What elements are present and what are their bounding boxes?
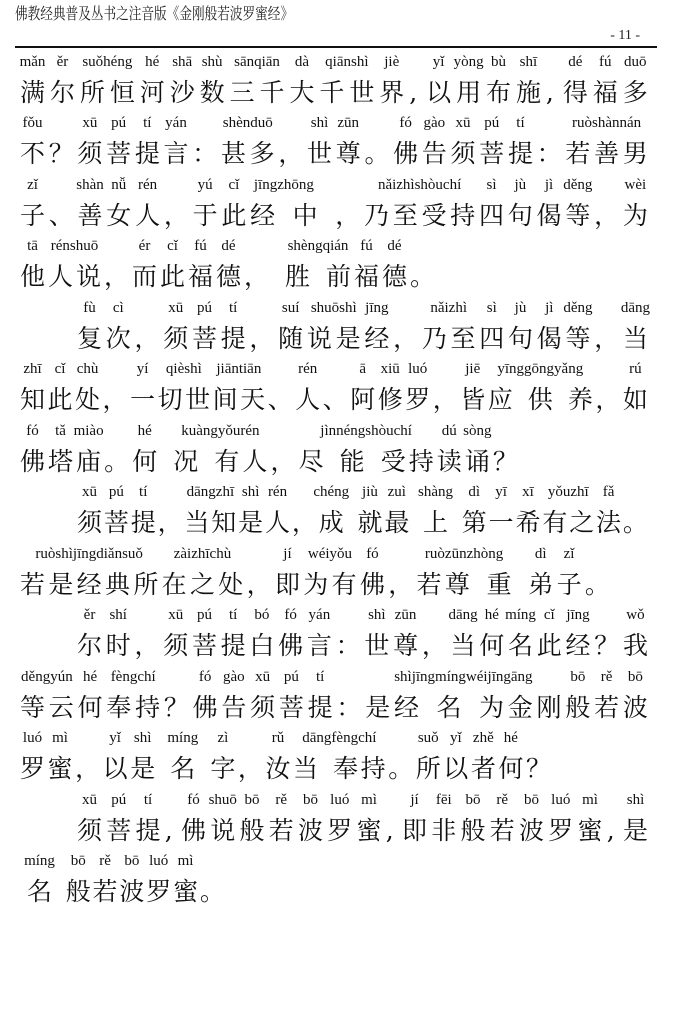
verse-line: ěrshíxūpútíbófóyánshìzūndānghémíngcǐjīng… <box>20 606 648 668</box>
pinyin-annotation: zǐ <box>27 176 38 194</box>
pinyin-annotation: hé <box>83 668 97 686</box>
pinyin-annotation: cǐ <box>228 176 239 194</box>
pinyin-annotation: míng <box>167 729 198 747</box>
hanzi-char: 提 <box>508 138 533 170</box>
pinyin-annotation: qièshì <box>166 360 202 378</box>
hanzi-char: 此 <box>537 630 562 662</box>
hanzi-char: 此 <box>48 384 73 416</box>
hanzi-char: 若 <box>417 569 442 601</box>
hanzi-char: 告 <box>422 138 447 170</box>
hanzi-row: 子、善女人，于此经中，乃至受持四句偈等，为 <box>20 200 648 232</box>
pinyin-annotation: yí <box>137 360 149 378</box>
punctuation: ： <box>336 630 361 662</box>
hanzi-char: 经 <box>565 630 590 662</box>
hanzi-char: 在 <box>162 569 187 601</box>
hanzi-char: 恒 <box>110 77 135 109</box>
pinyin-row: xūpútífóshuōbōrěbōluómìjífēibōrěbōluómìs… <box>77 791 648 809</box>
hanzi-char: 乃 <box>422 323 447 355</box>
pinyin-annotation: rě <box>275 791 287 809</box>
hanzi-char: 须 <box>77 815 102 847</box>
pinyin-annotation: rén <box>298 360 317 378</box>
pinyin-annotation: jí <box>283 545 291 563</box>
hanzi-char: 若 <box>269 815 294 847</box>
pinyin-annotation: yán <box>165 114 187 132</box>
pinyin-annotation: hé <box>504 729 518 747</box>
pinyin-annotation: suǒhéng <box>82 53 132 71</box>
hanzi-char: 佛 <box>193 692 218 724</box>
hanzi-char: 福 <box>593 77 618 109</box>
hanzi-char: 偈 <box>537 323 562 355</box>
hanzi-char: 言 <box>307 630 332 662</box>
spacer <box>160 446 170 478</box>
hanzi-char: 名 <box>170 753 195 785</box>
pinyin-annotation: suí <box>282 299 300 317</box>
hanzi-char: 菩 <box>192 323 217 355</box>
hanzi-char: 奉 <box>333 753 358 785</box>
hanzi-char: 最 <box>384 507 409 539</box>
hanzi-char: 金 <box>508 692 533 724</box>
pinyin-annotation: mì <box>582 791 598 809</box>
hanzi-char: 须 <box>77 138 102 170</box>
pinyin-annotation: wéiyǒu <box>308 545 352 563</box>
pinyin-annotation: pú <box>111 791 126 809</box>
pinyin-annotation: shì <box>134 729 152 747</box>
verse-line: zǐshànnǚrényúcǐjīngzhōngnǎizhìshòuchísìj… <box>20 176 648 238</box>
pinyin-annotation: yī <box>495 483 507 501</box>
spacer <box>321 200 331 232</box>
punctuation: ， <box>247 569 272 601</box>
hanzi-char: 说 <box>307 323 332 355</box>
hanzi-char: 罗 <box>146 876 171 908</box>
hanzi-char: 所 <box>80 77 105 109</box>
pinyin-annotation: shàng <box>418 483 453 501</box>
hanzi-char: 受 <box>381 446 406 478</box>
hanzi-char: 是 <box>623 815 648 847</box>
hanzi-char: 得 <box>563 77 588 109</box>
punctuation: 、 <box>323 384 348 416</box>
hanzi-char: 德 <box>216 261 241 293</box>
pinyin-annotation: rě <box>99 852 111 870</box>
pinyin-annotation: luó <box>551 791 570 809</box>
pinyin-annotation: shèngqián <box>288 237 349 255</box>
pinyin-annotation: fó <box>187 791 200 809</box>
punctuation: ， <box>249 323 274 355</box>
pinyin-annotation: fǒu <box>23 114 43 132</box>
hanzi-row: 复次，须菩提，随说是经，乃至四句偈等，当 <box>77 323 648 355</box>
verse-line: fùcìxūpútísuíshuōshìjīngnǎizhìsìjùjìděng… <box>20 299 648 361</box>
hanzi-row: 罗蜜，以是名字，汝当奉持。所以者何？ <box>20 753 551 785</box>
hanzi-char: 者 <box>471 753 496 785</box>
hanzi-char: 菩 <box>192 630 217 662</box>
pinyin-annotation: rě <box>496 791 508 809</box>
pinyin-annotation: jù <box>514 176 526 194</box>
hanzi-char: 数 <box>200 77 225 109</box>
punctuation: ， <box>244 261 269 293</box>
hanzi-char: 人 <box>265 507 290 539</box>
hanzi-char: 以 <box>103 753 128 785</box>
hanzi-char: 句 <box>508 200 533 232</box>
hanzi-char: 等 <box>20 692 45 724</box>
pinyin-annotation: sòng <box>463 422 491 440</box>
pinyin-annotation: fèngchí <box>111 668 156 686</box>
hanzi-char: 千 <box>260 77 285 109</box>
pinyin-annotation: nǚ <box>111 176 126 194</box>
pinyin-annotation: fú <box>360 237 373 255</box>
hanzi-char: 若 <box>20 569 45 601</box>
hanzi-char: 满 <box>20 77 45 109</box>
punctuation: ？ <box>49 138 74 170</box>
pinyin-annotation: bó <box>254 606 269 624</box>
hanzi-char: 一 <box>489 507 514 539</box>
hanzi-char: 告 <box>221 692 246 724</box>
hanzi-char: 法 <box>596 507 621 539</box>
verse-line: zhīcǐchùyíqièshìjiāntiānrénāxiūluójiēyīn… <box>20 360 648 422</box>
hanzi-char: 菩 <box>106 138 131 170</box>
hanzi-char: 应 <box>488 384 513 416</box>
spacer <box>54 876 64 908</box>
hanzi-char: 况 <box>173 446 198 478</box>
pinyin-annotation: dì <box>535 545 547 563</box>
punctuation: ， <box>292 507 317 539</box>
hanzi-char: 养 <box>568 384 593 416</box>
punctuation: ， <box>75 753 100 785</box>
hanzi-char: 修 <box>378 384 403 416</box>
pinyin-annotation: bō <box>628 668 643 686</box>
hanzi-char: 多 <box>250 138 275 170</box>
hanzi-char: 典 <box>105 569 130 601</box>
hanzi-char: 施 <box>516 77 541 109</box>
hanzi-char: 字 <box>210 753 235 785</box>
hanzi-char: 是 <box>365 692 390 724</box>
hanzi-char: 须 <box>163 630 188 662</box>
hanzi-char: 波 <box>119 876 144 908</box>
pinyin-annotation: duō <box>624 53 647 71</box>
hanzi-char: 人 <box>242 446 267 478</box>
pinyin-annotation: sānqiān <box>234 53 280 71</box>
pinyin-annotation: luó <box>23 729 42 747</box>
pinyin-annotation: cì <box>113 299 124 317</box>
pinyin-row: ěrshíxūpútíbófóyánshìzūndānghémíngcǐjīng… <box>77 606 648 624</box>
hanzi-char: 所 <box>133 569 158 601</box>
hanzi-char: 大 <box>289 77 314 109</box>
hanzi-char: 之 <box>569 507 594 539</box>
hanzi-char: 处 <box>75 384 100 416</box>
hanzi-char: 云 <box>49 692 74 724</box>
pinyin-annotation: dì <box>468 483 480 501</box>
document-page: 佛教经典普及丛书之注音版《金刚般若波罗蜜经》 - 11 - mǎněrsuǒhé… <box>0 0 690 1028</box>
pinyin-annotation: tí <box>516 114 524 132</box>
punctuation: 、 <box>49 200 74 232</box>
punctuation: ， <box>278 138 303 170</box>
pinyin-annotation: zuì <box>388 483 406 501</box>
hanzi-row: 等云何奉持？佛告须菩提：是经名为金刚般若波 <box>20 692 648 724</box>
punctuation: ， <box>595 384 620 416</box>
text-body: mǎněrsuǒhénghéshāshùsānqiāndàqiānshìjièy… <box>20 53 648 914</box>
hanzi-char: 提 <box>221 323 246 355</box>
punctuation: ， <box>594 200 619 232</box>
pinyin-annotation: shuōshì <box>311 299 357 317</box>
pinyin-annotation: mì <box>52 729 68 747</box>
hanzi-char: 何 <box>78 692 103 724</box>
pinyin-annotation: wèi <box>625 176 647 194</box>
hanzi-char: 如 <box>623 384 648 416</box>
pinyin-annotation: dāng <box>448 606 477 624</box>
hanzi-char: 般 <box>461 815 486 847</box>
pinyin-annotation: zì <box>217 729 228 747</box>
hanzi-char: 处 <box>218 569 243 601</box>
pinyin-annotation: fú <box>599 53 612 71</box>
pinyin-annotation: xū <box>255 668 270 686</box>
punctuation: ： <box>192 138 217 170</box>
hanzi-char: 福 <box>188 261 213 293</box>
pinyin-annotation: yú <box>198 176 213 194</box>
pinyin-annotation: fó <box>284 606 297 624</box>
pinyin-annotation: tí <box>144 791 152 809</box>
pinyin-annotation: dé <box>568 53 582 71</box>
pinyin-annotation: xū <box>168 299 183 317</box>
hanzi-char: 河 <box>140 77 165 109</box>
pinyin-row: fùcìxūpútísuíshuōshìjīngnǎizhìsìjùjìděng… <box>77 299 648 317</box>
hanzi-char: 所 <box>416 753 441 785</box>
pinyin-annotation: sì <box>487 176 497 194</box>
punctuation: ， <box>433 384 458 416</box>
hanzi-char: 四 <box>479 323 504 355</box>
pinyin-annotation: qiānshì <box>325 53 368 71</box>
pinyin-annotation: gào <box>424 114 446 132</box>
spacer <box>321 753 331 785</box>
pinyin-annotation: shuō <box>209 791 237 809</box>
pinyin-annotation: shī <box>520 53 538 71</box>
pinyin-annotation: shì <box>627 791 645 809</box>
pinyin-annotation: shù <box>202 53 223 71</box>
verse-line: xūpútídāngzhīshìrénchéngjiùzuìshàngdìyīx… <box>20 483 648 545</box>
pinyin-row: děngyúnhéfèngchífógàoxūpútíshìjīngmíngwé… <box>20 668 648 686</box>
hanzi-char: 界 <box>379 77 404 109</box>
pinyin-annotation: dé <box>387 237 401 255</box>
hanzi-char: 佛 <box>360 569 385 601</box>
hanzi-char: 波 <box>298 815 323 847</box>
hanzi-char: 天 <box>240 384 265 416</box>
pinyin-annotation: jìnnéngshòuchí <box>320 422 412 440</box>
hanzi-char: 偈 <box>537 200 562 232</box>
hanzi-char: 言 <box>164 138 189 170</box>
pinyin-annotation: xiū <box>381 360 400 378</box>
pinyin-annotation: tí <box>229 606 237 624</box>
hanzi-char: 非 <box>431 815 456 847</box>
pinyin-annotation: shì <box>311 114 329 132</box>
pinyin-annotation: rě <box>601 668 613 686</box>
hanzi-char: 为 <box>479 692 504 724</box>
verse-line: xūpútífóshuōbōrěbōluómìjífēibōrěbōluómìs… <box>20 791 648 853</box>
hanzi-char: 是 <box>130 753 155 785</box>
hanzi-char: 是 <box>48 569 73 601</box>
hanzi-char: 尔 <box>50 77 75 109</box>
hanzi-char: 诵 <box>465 446 490 478</box>
pinyin-annotation: tǎ <box>55 422 66 440</box>
hanzi-char: 世 <box>185 384 210 416</box>
pinyin-annotation: tā <box>27 237 38 255</box>
verse-line: míngbōrěbōluómì名般若波罗蜜。 <box>20 852 648 914</box>
hanzi-char: 甚 <box>221 138 246 170</box>
pinyin-annotation: cǐ <box>167 237 178 255</box>
running-header-title: 佛教经典普及丛书之注音版《金刚般若波罗蜜经》 <box>15 4 293 24</box>
punctuation: 。 <box>623 507 648 539</box>
pinyin-annotation: yòng <box>454 53 484 71</box>
page-number: - 11 - <box>610 28 640 44</box>
pinyin-annotation: tí <box>143 114 151 132</box>
hanzi-char: 尊 <box>445 569 470 601</box>
hanzi-char: 等 <box>565 200 590 232</box>
punctuation: ， <box>594 323 619 355</box>
hanzi-char: 知 <box>20 384 45 416</box>
pinyin-annotation: shì <box>242 483 260 501</box>
hanzi-char: 般 <box>565 692 590 724</box>
pinyin-annotation: jù <box>515 299 527 317</box>
hanzi-char: 罗 <box>548 815 573 847</box>
pinyin-annotation: jiāntiān <box>216 360 261 378</box>
hanzi-char: 希 <box>515 507 540 539</box>
pinyin-annotation: ā <box>359 360 366 378</box>
pinyin-annotation: xī <box>522 483 534 501</box>
pinyin-annotation: mì <box>178 852 194 870</box>
punctuation: 。 <box>410 261 435 293</box>
pinyin-annotation: hé <box>138 422 152 440</box>
pinyin-annotation: shìjīngmíngwéijīngāng <box>394 668 532 686</box>
punctuation: ， <box>158 507 183 539</box>
pinyin-annotation: bō <box>466 791 481 809</box>
pinyin-annotation: yǐ <box>450 729 462 747</box>
verse-line: luómìyǐshìmíngzìrǔdāngfèngchísuǒyǐzhěhé罗… <box>20 729 648 791</box>
hanzi-char: 能 <box>340 446 365 478</box>
hanzi-char: 我 <box>623 630 648 662</box>
verse-line: ruòshìjīngdiǎnsuǒzàizhīchùjíwéiyǒufóruòz… <box>20 545 648 607</box>
pinyin-annotation: ěr <box>84 606 96 624</box>
punctuation: , <box>165 815 177 847</box>
pinyin-annotation: yán <box>309 606 331 624</box>
pinyin-annotation: míng <box>24 852 55 870</box>
pinyin-annotation: bō <box>245 791 260 809</box>
hanzi-char: 尔 <box>77 630 102 662</box>
pinyin-annotation: fǎ <box>603 483 615 501</box>
hanzi-char: 就 <box>357 507 382 539</box>
pinyin-annotation: nǎizhìshòuchí <box>378 176 461 194</box>
hanzi-row: 不？须菩提言：甚多，世尊。佛告须菩提：若善男 <box>20 138 648 170</box>
hanzi-char: 经 <box>77 569 102 601</box>
header-divider <box>15 46 657 48</box>
hanzi-char: 阿 <box>350 384 375 416</box>
hanzi-char: 持 <box>409 446 434 478</box>
hanzi-char: 当 <box>184 507 209 539</box>
pinyin-annotation: fó <box>26 422 39 440</box>
pinyin-annotation: zūn <box>395 606 417 624</box>
hanzi-char: 蜜 <box>48 753 73 785</box>
pinyin-row: fótǎmiàohékuàngyǒurénjìnnéngshòuchídúsòn… <box>20 422 648 440</box>
pinyin-annotation: shí <box>109 606 127 624</box>
hanzi-char: 切 <box>158 384 183 416</box>
hanzi-char: 布 <box>486 77 511 109</box>
punctuation: 。 <box>364 138 389 170</box>
punctuation: ？ <box>493 446 518 478</box>
pinyin-annotation: shènduō <box>223 114 273 132</box>
hanzi-char: 当 <box>623 323 648 355</box>
hanzi-char: 此 <box>221 200 246 232</box>
pinyin-annotation: jì <box>545 299 553 317</box>
hanzi-char: 有 <box>214 446 239 478</box>
pinyin-annotation: rú <box>629 360 642 378</box>
pinyin-annotation: jiù <box>362 483 378 501</box>
spacer <box>555 384 565 416</box>
hanzi-char: 人 <box>135 200 160 232</box>
pinyin-annotation: tí <box>139 483 147 501</box>
pinyin-annotation: jiè <box>384 53 399 71</box>
hanzi-char: 经 <box>364 323 389 355</box>
hanzi-char: 若 <box>490 815 515 847</box>
pinyin-annotation: sì <box>487 299 497 317</box>
hanzi-char: 佛 <box>181 815 206 847</box>
hanzi-char: 人 <box>48 261 73 293</box>
pinyin-annotation: xū <box>82 114 97 132</box>
pinyin-annotation: zàizhīchù <box>174 545 231 563</box>
pinyin-annotation: fú <box>194 237 207 255</box>
hanzi-char: 为 <box>303 569 328 601</box>
pinyin-annotation: bō <box>570 668 585 686</box>
spacer <box>272 261 282 293</box>
hanzi-char: 之 <box>190 569 215 601</box>
hanzi-char: 尽 <box>299 446 324 478</box>
pinyin-row: zhīcǐchùyíqièshìjiāntiānrénāxiūluójiēyīn… <box>20 360 648 378</box>
hanzi-char: 男 <box>623 138 648 170</box>
punctuation: ？ <box>594 630 619 662</box>
hanzi-row: 须菩提,佛说般若波罗蜜,即非般若波罗蜜,是 <box>77 815 648 847</box>
hanzi-char: 以 <box>443 753 468 785</box>
pinyin-annotation: pú <box>111 114 126 132</box>
hanzi-char: 佛 <box>393 138 418 170</box>
hanzi-char: 提 <box>221 630 246 662</box>
punctuation: 。 <box>104 446 129 478</box>
hanzi-char: 而 <box>132 261 157 293</box>
pinyin-annotation: děng <box>563 299 592 317</box>
spacer <box>346 507 356 539</box>
hanzi-row: 他人说，而此福德，胜前福德。 <box>20 261 435 293</box>
pinyin-annotation: xū <box>82 791 97 809</box>
hanzi-char: 中 <box>293 200 318 232</box>
spacer <box>198 753 208 785</box>
pinyin-annotation: hé <box>145 53 159 71</box>
pinyin-annotation: xū <box>82 483 97 501</box>
pinyin-annotation: tí <box>316 668 324 686</box>
punctuation: ， <box>104 261 129 293</box>
hanzi-char: 经 <box>250 200 275 232</box>
hanzi-char: 罗 <box>405 384 430 416</box>
hanzi-char: 成 <box>319 507 344 539</box>
spacer <box>201 446 211 478</box>
hanzi-row: 满尔所恒河沙数三千大千世界,以用布施,得福多 <box>20 77 648 109</box>
pinyin-annotation: zhī <box>23 360 41 378</box>
hanzi-char: 提 <box>308 692 333 724</box>
pinyin-annotation: jì <box>545 176 553 194</box>
punctuation: , <box>546 77 558 109</box>
pinyin-annotation: míng <box>505 606 536 624</box>
hanzi-char: 随 <box>278 323 303 355</box>
hanzi-char: 提 <box>131 507 156 539</box>
hanzi-char: 提 <box>136 815 161 847</box>
hanzi-char: 提 <box>135 138 160 170</box>
hanzi-char: 若 <box>594 692 619 724</box>
pinyin-annotation: xū <box>456 114 471 132</box>
pinyin-annotation: rén <box>268 483 287 501</box>
pinyin-row: ruòshìjīngdiǎnsuǒzàizhīchùjíwéiyǒufóruòz… <box>20 545 648 563</box>
hanzi-char: 至 <box>393 200 418 232</box>
